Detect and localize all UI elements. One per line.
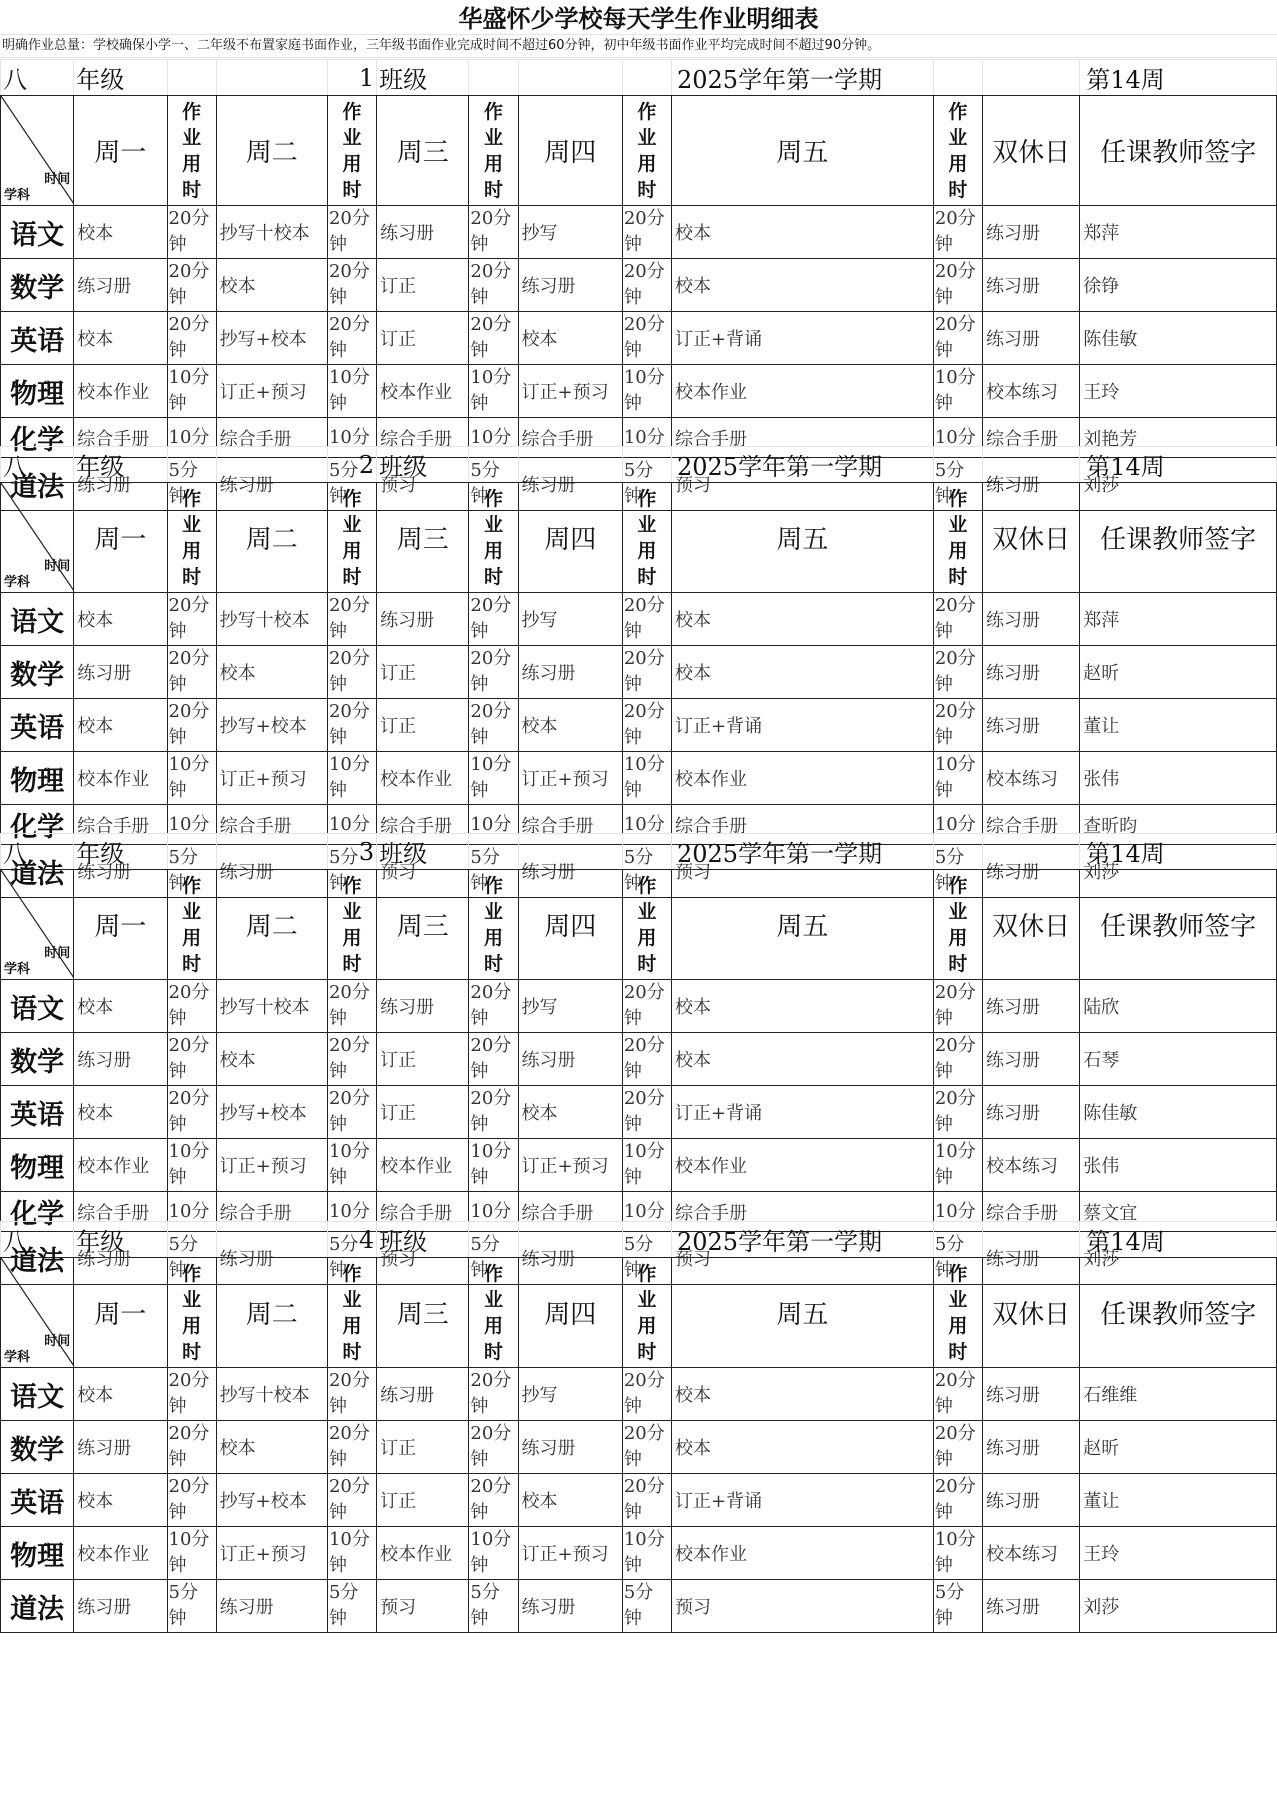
homework-cell-wed[interactable]: 校本作业: [377, 1139, 469, 1192]
time-used-char: 业: [623, 512, 671, 538]
time-used-char: 时: [168, 951, 216, 977]
time-cell-thu[interactable]: 20分钟: [622, 312, 671, 365]
empty-cell: [518, 60, 622, 96]
weekend-cell[interactable]: 练习册: [982, 1421, 1079, 1474]
column-header-row: 时间学科周一作业用时周二作业用时周三作业用时周四作业用时周五作业用时双休日任课教…: [1, 96, 1277, 206]
time-cell-wed[interactable]: 20分钟: [469, 259, 518, 312]
homework-cell-tue[interactable]: 抄写十校本: [216, 1368, 327, 1421]
weekend-cell[interactable]: 校本练习: [982, 1139, 1079, 1192]
homework-cell-mon[interactable]: 练习册: [74, 1033, 167, 1086]
homework-cell-mon[interactable]: 校本: [74, 699, 167, 752]
teacher-cell[interactable]: 陈佳敏: [1080, 1086, 1277, 1139]
time-cell-tue[interactable]: 10分钟: [327, 1527, 376, 1580]
teacher-cell[interactable]: 徐铮: [1080, 259, 1277, 312]
time-cell-tue[interactable]: 20分钟: [327, 1474, 376, 1527]
homework-cell-fri[interactable]: 订正+背诵: [672, 1474, 934, 1527]
time-cell-mon[interactable]: 20分钟: [167, 206, 216, 259]
homework-cell-mon[interactable]: 练习册: [74, 646, 167, 699]
homework-cell-thu[interactable]: 练习册: [518, 1421, 622, 1474]
homework-cell-thu[interactable]: 抄写: [518, 206, 622, 259]
time-cell-tue[interactable]: 20分钟: [327, 206, 376, 259]
grade-cell[interactable]: 八: [1, 834, 74, 870]
homework-cell-mon[interactable]: 校本: [74, 593, 167, 646]
teacher-cell[interactable]: 刘莎: [1080, 1580, 1277, 1633]
column-header-row: 时间学科周一作业用时周二作业用时周三作业用时周四作业用时周五作业用时双休日任课教…: [1, 870, 1277, 980]
homework-cell-thu[interactable]: 抄写: [518, 1368, 622, 1421]
time-cell-fri[interactable]: 10分钟: [933, 365, 982, 418]
weekend-cell[interactable]: 练习册: [982, 980, 1079, 1033]
class-number-cell[interactable]: 3: [327, 834, 376, 870]
time-used-char: 用: [328, 151, 376, 177]
homework-cell-tue[interactable]: 抄写+校本: [216, 699, 327, 752]
weekend-cell[interactable]: 练习册: [982, 1033, 1079, 1086]
teacher-cell[interactable]: 赵昕: [1080, 1421, 1277, 1474]
teacher-cell[interactable]: 郑萍: [1080, 206, 1277, 259]
homework-cell-thu[interactable]: 校本: [518, 1474, 622, 1527]
homework-cell-mon[interactable]: 校本: [74, 1086, 167, 1139]
time-cell-fri[interactable]: 20分钟: [933, 980, 982, 1033]
teacher-cell[interactable]: 陆欣: [1080, 980, 1277, 1033]
time-cell-thu[interactable]: 20分钟: [622, 646, 671, 699]
week-cell[interactable]: 第14周: [1080, 834, 1277, 870]
homework-cell-thu[interactable]: 练习册: [518, 1033, 622, 1086]
subject-cell: 语文: [1, 206, 74, 259]
teacher-sign-header: 任课教师签字: [1080, 870, 1277, 980]
table-row: 道法练习册5分钟练习册5分钟预习5分钟练习册5分钟预习5分钟练习册刘莎: [1, 1580, 1277, 1633]
homework-cell-mon[interactable]: 练习册: [74, 1580, 167, 1633]
homework-cell-thu[interactable]: 订正+预习: [518, 1527, 622, 1580]
teacher-cell[interactable]: 王玲: [1080, 1527, 1277, 1580]
time-used-char: 时: [623, 564, 671, 590]
time-used-char: 作: [328, 99, 376, 125]
homework-cell-wed[interactable]: 校本作业: [377, 1527, 469, 1580]
time-used-char: 作: [934, 873, 982, 899]
term-text: 2025学年第一学期: [677, 66, 882, 94]
empty-cell: [469, 1222, 518, 1258]
empty-cell: [982, 447, 1079, 483]
homework-cell-tue[interactable]: 练习册: [216, 1580, 327, 1633]
time-used-char: 作: [934, 99, 982, 125]
table-row: 英语校本20分钟抄写+校本20分钟订正20分钟校本20分钟订正+背诵20分钟练习…: [1, 1474, 1277, 1527]
time-used-char: 作: [328, 873, 376, 899]
time-cell-wed[interactable]: 20分钟: [469, 1368, 518, 1421]
day-header-3: 周三: [377, 1258, 469, 1368]
class-section: 八 年级 3 班级 2025学年第一学期 第14周 时间学科周一作业用时周二作业…: [0, 833, 1277, 1285]
time-used-char: 用: [469, 538, 517, 564]
homework-cell-thu[interactable]: 练习册: [518, 259, 622, 312]
homework-cell-fri[interactable]: 校本: [672, 1033, 934, 1086]
time-used-char: 作: [469, 99, 517, 125]
homework-cell-wed[interactable]: 订正: [377, 1033, 469, 1086]
empty-cell: [933, 1222, 982, 1258]
time-cell-fri[interactable]: 20分钟: [933, 1368, 982, 1421]
time-used-header: 作业用时: [167, 870, 216, 980]
homework-cell-tue[interactable]: 抄写十校本: [216, 593, 327, 646]
grade-cell[interactable]: 八: [1, 1222, 74, 1258]
time-used-char: 作: [469, 873, 517, 899]
class-text: 4: [359, 1226, 374, 1254]
time-cell-wed[interactable]: 20分钟: [469, 593, 518, 646]
homework-cell-fri[interactable]: 校本作业: [672, 752, 934, 805]
homework-cell-fri[interactable]: 校本作业: [672, 365, 934, 418]
time-used-char: 用: [623, 925, 671, 951]
time-cell-thu[interactable]: 10分钟: [622, 365, 671, 418]
time-cell-fri[interactable]: 20分钟: [933, 1033, 982, 1086]
homework-cell-mon[interactable]: 校本: [74, 1368, 167, 1421]
homework-cell-wed[interactable]: 订正: [377, 1421, 469, 1474]
time-cell-wed[interactable]: 20分钟: [469, 646, 518, 699]
time-used-char: 业: [934, 899, 982, 925]
class_suffix-text: 班级: [379, 840, 427, 868]
time-cell-mon[interactable]: 20分钟: [167, 593, 216, 646]
time-cell-thu[interactable]: 20分钟: [622, 1033, 671, 1086]
time-cell-fri[interactable]: 10分钟: [933, 1527, 982, 1580]
grade-cell[interactable]: 八: [1, 60, 74, 96]
time-cell-thu[interactable]: 20分钟: [622, 699, 671, 752]
homework-cell-fri[interactable]: 校本作业: [672, 1527, 934, 1580]
time-cell-tue[interactable]: 20分钟: [327, 593, 376, 646]
homework-cell-tue[interactable]: 订正+预习: [216, 752, 327, 805]
homework-cell-fri[interactable]: 预习: [672, 1580, 934, 1633]
time-cell-mon[interactable]: 20分钟: [167, 1421, 216, 1474]
homework-cell-mon[interactable]: 校本作业: [74, 752, 167, 805]
homework-cell-fri[interactable]: 校本作业: [672, 1139, 934, 1192]
time-cell-thu[interactable]: 20分钟: [622, 593, 671, 646]
teacher-cell[interactable]: 张伟: [1080, 752, 1277, 805]
time-cell-mon[interactable]: 20分钟: [167, 646, 216, 699]
homework-cell-wed[interactable]: 校本作业: [377, 752, 469, 805]
time-cell-wed[interactable]: 20分钟: [469, 1086, 518, 1139]
homework-cell-thu[interactable]: 订正+预习: [518, 752, 622, 805]
homework-cell-fri[interactable]: 校本: [672, 593, 934, 646]
homework-cell-tue[interactable]: 抄写+校本: [216, 1086, 327, 1139]
teacher-cell[interactable]: 石维维: [1080, 1368, 1277, 1421]
time-cell-fri[interactable]: 20分钟: [933, 699, 982, 752]
week-cell[interactable]: 第14周: [1080, 60, 1277, 96]
homework-cell-mon[interactable]: 校本: [74, 980, 167, 1033]
time-cell-thu[interactable]: 20分钟: [622, 259, 671, 312]
time-cell-tue[interactable]: 20分钟: [327, 1421, 376, 1474]
empty-cell: [622, 60, 671, 96]
time-used-char: 业: [328, 1287, 376, 1313]
teacher-cell[interactable]: 董让: [1080, 1474, 1277, 1527]
time-cell-mon[interactable]: 20分钟: [167, 1368, 216, 1421]
time-cell-wed[interactable]: 10分钟: [469, 1527, 518, 1580]
weekend-cell[interactable]: 练习册: [982, 1086, 1079, 1139]
empty-cell: [982, 60, 1079, 96]
time-cell-wed[interactable]: 10分钟: [469, 752, 518, 805]
class-text: 1: [359, 64, 374, 92]
time-cell-tue[interactable]: 20分钟: [327, 1033, 376, 1086]
week-text: 第14周: [1086, 66, 1165, 94]
time-cell-tue[interactable]: 10分钟: [327, 365, 376, 418]
homework-cell-thu[interactable]: 抄写: [518, 593, 622, 646]
grade-text: 八: [3, 66, 27, 94]
homework-cell-tue[interactable]: 抄写十校本: [216, 206, 327, 259]
empty-cell: [933, 447, 982, 483]
time-cell-mon[interactable]: 20分钟: [167, 980, 216, 1033]
homework-cell-mon[interactable]: 校本: [74, 312, 167, 365]
time-cell-mon[interactable]: 20分钟: [167, 699, 216, 752]
time-cell-tue[interactable]: 20分钟: [327, 646, 376, 699]
homework-cell-fri[interactable]: 订正+背诵: [672, 699, 934, 752]
class-section: 八 年级 2 班级 2025学年第一学期 第14周 时间学科周一作业用时周二作业…: [0, 446, 1277, 898]
time-cell-thu[interactable]: 10分钟: [622, 752, 671, 805]
term-cell[interactable]: 2025学年第一学期: [672, 447, 934, 483]
time-cell-mon[interactable]: 20分钟: [167, 1086, 216, 1139]
homework-table: 八 年级 2 班级 2025学年第一学期 第14周 时间学科周一作业用时周二作业…: [0, 446, 1277, 898]
weekend-cell[interactable]: 练习册: [982, 646, 1079, 699]
grade_suffix-text: 年级: [76, 66, 124, 94]
table-row: 物理校本作业10分钟订正+预习10分钟校本作业10分钟订正+预习10分钟校本作业…: [1, 1139, 1277, 1192]
homework-cell-mon[interactable]: 练习册: [74, 1421, 167, 1474]
class-meta-row: 八 年级 4 班级 2025学年第一学期 第14周: [1, 1222, 1277, 1258]
time-cell-thu[interactable]: 20分钟: [622, 206, 671, 259]
grade-label: 年级: [74, 834, 167, 870]
time-cell-tue[interactable]: 20分钟: [327, 259, 376, 312]
weekend-cell[interactable]: 练习册: [982, 1368, 1079, 1421]
homework-cell-fri[interactable]: 校本: [672, 259, 934, 312]
time-cell-mon[interactable]: 20分钟: [167, 1474, 216, 1527]
class-number-cell[interactable]: 4: [327, 1222, 376, 1258]
diag-subject-label: 学科: [4, 1346, 30, 1365]
teacher-cell[interactable]: 陈佳敏: [1080, 312, 1277, 365]
homework-cell-wed[interactable]: 校本作业: [377, 365, 469, 418]
time-cell-tue[interactable]: 10分钟: [327, 1139, 376, 1192]
homework-cell-thu[interactable]: 校本: [518, 1086, 622, 1139]
homework-cell-wed[interactable]: 练习册: [377, 593, 469, 646]
subject-cell: 语文: [1, 593, 74, 646]
time-cell-thu[interactable]: 10分钟: [622, 1527, 671, 1580]
weekend-cell[interactable]: 练习册: [982, 1474, 1079, 1527]
time-used-char: 时: [934, 1339, 982, 1365]
weekend-cell[interactable]: 练习册: [982, 206, 1079, 259]
homework-cell-tue[interactable]: 抄写+校本: [216, 312, 327, 365]
time-cell-fri[interactable]: 20分钟: [933, 206, 982, 259]
homework-cell-mon[interactable]: 校本作业: [74, 1527, 167, 1580]
time-cell-tue[interactable]: 5分钟: [327, 1580, 376, 1633]
time-cell-mon[interactable]: 10分钟: [167, 1139, 216, 1192]
time-cell-fri[interactable]: 10分钟: [933, 752, 982, 805]
time-cell-thu[interactable]: 20分钟: [622, 1368, 671, 1421]
homework-cell-wed[interactable]: 订正: [377, 1086, 469, 1139]
homework-cell-wed[interactable]: 练习册: [377, 206, 469, 259]
class-number-cell[interactable]: 1: [327, 60, 376, 96]
homework-cell-wed[interactable]: 订正: [377, 312, 469, 365]
time-used-char: 业: [623, 125, 671, 151]
time-cell-fri[interactable]: 20分钟: [933, 593, 982, 646]
homework-cell-thu[interactable]: 订正+预习: [518, 365, 622, 418]
table-row: 英语校本20分钟抄写+校本20分钟订正20分钟校本20分钟订正+背诵20分钟练习…: [1, 1086, 1277, 1139]
time-cell-fri[interactable]: 5分钟: [933, 1580, 982, 1633]
homework-cell-tue[interactable]: 订正+预习: [216, 1139, 327, 1192]
time-used-char: 业: [328, 512, 376, 538]
time-cell-mon[interactable]: 10分钟: [167, 365, 216, 418]
homework-cell-fri[interactable]: 校本: [672, 646, 934, 699]
homework-cell-wed[interactable]: 订正: [377, 646, 469, 699]
weekend-cell[interactable]: 练习册: [982, 1580, 1079, 1633]
day-header-1: 周一: [74, 1258, 167, 1368]
teacher-cell[interactable]: 赵昕: [1080, 646, 1277, 699]
day-header-4: 周四: [518, 1258, 622, 1368]
homework-cell-mon[interactable]: 校本: [74, 206, 167, 259]
grade-cell[interactable]: 八: [1, 447, 74, 483]
weekend-cell[interactable]: 校本练习: [982, 752, 1079, 805]
empty-cell: [518, 834, 622, 870]
table-row: 英语校本20分钟抄写+校本20分钟订正20分钟校本20分钟订正+背诵20分钟练习…: [1, 312, 1277, 365]
corner-diagonal-header: 时间学科: [1, 96, 74, 206]
homework-cell-fri[interactable]: 订正+背诵: [672, 312, 934, 365]
time-cell-fri[interactable]: 20分钟: [933, 1421, 982, 1474]
time-cell-wed[interactable]: 20分钟: [469, 1033, 518, 1086]
homework-cell-wed[interactable]: 订正: [377, 699, 469, 752]
homework-cell-thu[interactable]: 抄写: [518, 980, 622, 1033]
homework-cell-wed[interactable]: 练习册: [377, 980, 469, 1033]
homework-cell-fri[interactable]: 校本: [672, 980, 934, 1033]
time-cell-thu[interactable]: 5分钟: [622, 1580, 671, 1633]
time-cell-wed[interactable]: 10分钟: [469, 1139, 518, 1192]
term-cell[interactable]: 2025学年第一学期: [672, 834, 934, 870]
time-cell-tue[interactable]: 10分钟: [327, 752, 376, 805]
homework-cell-wed[interactable]: 练习册: [377, 1368, 469, 1421]
homework-cell-tue[interactable]: 校本: [216, 1421, 327, 1474]
homework-cell-tue[interactable]: 抄写+校本: [216, 1474, 327, 1527]
term-cell[interactable]: 2025学年第一学期: [672, 1222, 934, 1258]
homework-cell-thu[interactable]: 练习册: [518, 646, 622, 699]
week-cell[interactable]: 第14周: [1080, 1222, 1277, 1258]
time-used-char: 时: [168, 564, 216, 590]
time-used-header: 作业用时: [622, 96, 671, 206]
homework-cell-thu[interactable]: 校本: [518, 699, 622, 752]
time-cell-fri[interactable]: 20分钟: [933, 312, 982, 365]
time-cell-tue[interactable]: 20分钟: [327, 312, 376, 365]
weekend-cell[interactable]: 练习册: [982, 312, 1079, 365]
time-cell-mon[interactable]: 20分钟: [167, 312, 216, 365]
time-cell-wed[interactable]: 10分钟: [469, 365, 518, 418]
subject-cell: 物理: [1, 365, 74, 418]
homework-cell-tue[interactable]: 抄写十校本: [216, 980, 327, 1033]
teacher-cell[interactable]: 张伟: [1080, 1139, 1277, 1192]
day-header-1: 周一: [74, 483, 167, 593]
time-cell-wed[interactable]: 20分钟: [469, 312, 518, 365]
time-cell-tue[interactable]: 20分钟: [327, 699, 376, 752]
time-cell-mon[interactable]: 20分钟: [167, 1033, 216, 1086]
time-cell-thu[interactable]: 20分钟: [622, 980, 671, 1033]
time-cell-fri[interactable]: 20分钟: [933, 259, 982, 312]
time-used-char: 业: [623, 1287, 671, 1313]
homework-cell-wed[interactable]: 订正: [377, 259, 469, 312]
time-used-char: 时: [623, 951, 671, 977]
empty-cell: [518, 447, 622, 483]
empty-cell: [469, 60, 518, 96]
homework-cell-thu[interactable]: 练习册: [518, 1580, 622, 1633]
time-cell-mon[interactable]: 20分钟: [167, 259, 216, 312]
day-header-4: 周四: [518, 96, 622, 206]
weekend-cell[interactable]: 练习册: [982, 699, 1079, 752]
homework-cell-mon[interactable]: 校本作业: [74, 1139, 167, 1192]
day-header-5: 周五: [672, 870, 934, 980]
time-cell-wed[interactable]: 20分钟: [469, 699, 518, 752]
table-row: 物理校本作业10分钟订正+预习10分钟校本作业10分钟订正+预习10分钟校本作业…: [1, 365, 1277, 418]
time-cell-wed[interactable]: 20分钟: [469, 1421, 518, 1474]
diag-time-label: 时间: [44, 168, 70, 187]
day-header-5: 周五: [672, 96, 934, 206]
empty-cell: [216, 1222, 327, 1258]
homework-cell-mon[interactable]: 练习册: [74, 259, 167, 312]
time-cell-mon[interactable]: 5分钟: [167, 1580, 216, 1633]
class-number-cell[interactable]: 2: [327, 447, 376, 483]
homework-cell-tue[interactable]: 订正+预习: [216, 365, 327, 418]
weekend-cell[interactable]: 校本练习: [982, 365, 1079, 418]
homework-cell-thu[interactable]: 订正+预习: [518, 1139, 622, 1192]
time-cell-thu[interactable]: 20分钟: [622, 1421, 671, 1474]
term-cell[interactable]: 2025学年第一学期: [672, 60, 934, 96]
time-used-char: 用: [623, 538, 671, 564]
time-used-char: 时: [469, 1339, 517, 1365]
table-row: 语文校本20分钟抄写十校本20分钟练习册20分钟抄写20分钟校本20分钟练习册石…: [1, 1368, 1277, 1421]
time-cell-mon[interactable]: 10分钟: [167, 752, 216, 805]
class_suffix-text: 班级: [379, 1228, 427, 1256]
teacher-cell[interactable]: 王玲: [1080, 365, 1277, 418]
time-cell-thu[interactable]: 20分钟: [622, 1474, 671, 1527]
time-cell-thu[interactable]: 20分钟: [622, 1086, 671, 1139]
homework-cell-tue[interactable]: 校本: [216, 646, 327, 699]
teacher-cell[interactable]: 石琴: [1080, 1033, 1277, 1086]
homework-cell-fri[interactable]: 订正+背诵: [672, 1086, 934, 1139]
homework-cell-wed[interactable]: 订正: [377, 1474, 469, 1527]
week-cell[interactable]: 第14周: [1080, 447, 1277, 483]
time-cell-wed[interactable]: 20分钟: [469, 980, 518, 1033]
weekend-cell[interactable]: 练习册: [982, 593, 1079, 646]
time-cell-fri[interactable]: 20分钟: [933, 646, 982, 699]
time-used-char: 用: [934, 1313, 982, 1339]
homework-cell-fri[interactable]: 校本: [672, 206, 934, 259]
weekend-cell[interactable]: 校本练习: [982, 1527, 1079, 1580]
homework-cell-mon[interactable]: 校本: [74, 1474, 167, 1527]
weekend-cell[interactable]: 练习册: [982, 259, 1079, 312]
day-header-5: 周五: [672, 483, 934, 593]
diag-subject-label: 学科: [4, 571, 30, 590]
time-cell-wed[interactable]: 20分钟: [469, 1474, 518, 1527]
time-cell-fri[interactable]: 20分钟: [933, 1474, 982, 1527]
homework-cell-fri[interactable]: 校本: [672, 1421, 934, 1474]
time-used-char: 业: [469, 1287, 517, 1313]
diag-subject-label: 学科: [4, 184, 30, 203]
homework-cell-wed[interactable]: 预习: [377, 1580, 469, 1633]
time-cell-wed[interactable]: 20分钟: [469, 206, 518, 259]
time-cell-fri[interactable]: 20分钟: [933, 1086, 982, 1139]
subject-cell: 语文: [1, 1368, 74, 1421]
time-cell-wed[interactable]: 5分钟: [469, 1580, 518, 1633]
homework-cell-tue[interactable]: 校本: [216, 259, 327, 312]
homework-cell-fri[interactable]: 校本: [672, 1368, 934, 1421]
time-used-header: 作业用时: [933, 1258, 982, 1368]
homework-cell-thu[interactable]: 校本: [518, 312, 622, 365]
homework-cell-mon[interactable]: 校本作业: [74, 365, 167, 418]
time-cell-tue[interactable]: 20分钟: [327, 1086, 376, 1139]
homework-cell-tue[interactable]: 校本: [216, 1033, 327, 1086]
day-header-3: 周三: [377, 96, 469, 206]
time-cell-tue[interactable]: 20分钟: [327, 1368, 376, 1421]
homework-cell-tue[interactable]: 订正+预习: [216, 1527, 327, 1580]
time-cell-mon[interactable]: 10分钟: [167, 1527, 216, 1580]
teacher-cell[interactable]: 郑萍: [1080, 593, 1277, 646]
time-cell-fri[interactable]: 10分钟: [933, 1139, 982, 1192]
teacher-cell[interactable]: 董让: [1080, 699, 1277, 752]
time-cell-tue[interactable]: 20分钟: [327, 980, 376, 1033]
time-cell-thu[interactable]: 10分钟: [622, 1139, 671, 1192]
time-used-char: 时: [328, 1339, 376, 1365]
